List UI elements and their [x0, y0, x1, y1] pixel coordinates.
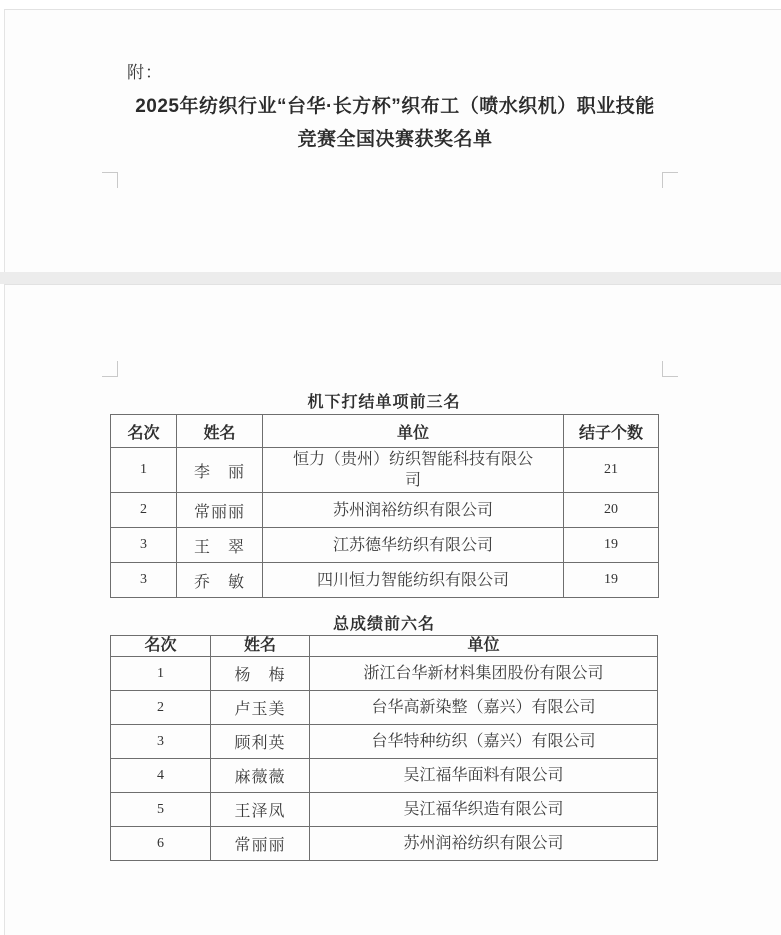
table-cell-rank: 4	[111, 759, 211, 793]
header-unit: 单位	[310, 636, 658, 657]
margin-corner-mark-top-right	[662, 361, 678, 377]
table-cell-rank: 2	[111, 493, 177, 528]
table-row: 5王泽凤吴江福华织造有限公司	[111, 793, 658, 827]
margin-corner-mark-bottom-right	[662, 172, 678, 188]
table-cell-name: 王 翠	[177, 528, 263, 563]
header-rank: 名次	[111, 415, 177, 448]
table-cell-name: 乔 敏	[177, 563, 263, 598]
table-cell-rank: 1	[111, 448, 177, 493]
table2-caption: 总成绩前六名	[110, 611, 658, 634]
header-name: 姓名	[211, 636, 310, 657]
margin-corner-mark-bottom-left	[102, 172, 118, 188]
table-header-row: 名次 姓名 单位	[111, 636, 658, 657]
table-row: 6常丽丽苏州润裕纺织有限公司	[111, 827, 658, 861]
table-cell-name: 常丽丽	[177, 493, 263, 528]
table-cell-rank: 3	[111, 563, 177, 598]
table-cell-rank: 5	[111, 793, 211, 827]
margin-corner-mark-top-left	[102, 361, 118, 377]
overall-top6-table: 名次 姓名 单位 1杨 梅浙江台华新材料集团股份有限公司2卢玉美台华高新染整（嘉…	[110, 635, 658, 861]
table-cell-unit: 吴江福华面料有限公司	[310, 759, 658, 793]
table-cell-unit: 四川恒力智能纺织有限公司	[263, 563, 564, 598]
table-cell-rank: 3	[111, 725, 211, 759]
document-title-line-2: 竞赛全国决赛获奖名单	[123, 123, 667, 156]
table-row: 1杨 梅浙江台华新材料集团股份有限公司	[111, 657, 658, 691]
table-row: 4麻薇薇吴江福华面料有限公司	[111, 759, 658, 793]
table-cell-unit: 台华特种纺织（嘉兴）有限公司	[310, 725, 658, 759]
table-cell-rank: 2	[111, 691, 211, 725]
table-cell-unit: 台华高新染整（嘉兴）有限公司	[310, 691, 658, 725]
table-cell-name: 麻薇薇	[211, 759, 310, 793]
table-cell-rank: 6	[111, 827, 211, 861]
document-title-line-1: 2025年纺织行业“台华·长方杯”织布工（喷水织机）职业技能	[123, 90, 667, 123]
table-row: 2常丽丽苏州润裕纺织有限公司20	[111, 493, 659, 528]
page-gap	[0, 272, 781, 284]
header-name: 姓名	[177, 415, 263, 448]
table-cell-unit: 浙江台华新材料集团股份有限公司	[310, 657, 658, 691]
table-cell-unit: 恒力（贵州）纺织智能科技有限公 司	[263, 448, 564, 493]
table-cell-count: 19	[564, 563, 659, 598]
table-row: 3王 翠江苏德华纺织有限公司19	[111, 528, 659, 563]
table-cell-name: 卢玉美	[211, 691, 310, 725]
table-header-row: 名次 姓名 单位 结子个数	[111, 415, 659, 448]
table-cell-count: 19	[564, 528, 659, 563]
knotting-top3-table: 名次 姓名 单位 结子个数 1李 丽恒力（贵州）纺织智能科技有限公 司212常丽…	[110, 414, 659, 598]
table-cell-unit: 江苏德华纺织有限公司	[263, 528, 564, 563]
table-row: 3顾利英台华特种纺织（嘉兴）有限公司	[111, 725, 658, 759]
table-cell-name: 顾利英	[211, 725, 310, 759]
table-cell-unit: 吴江福华织造有限公司	[310, 793, 658, 827]
document-page-1: 附： 2025年纺织行业“台华·长方杯”织布工（喷水织机）职业技能 竞赛全国决赛…	[4, 9, 781, 272]
table1-caption: 机下打结单项前三名	[110, 389, 658, 412]
header-count: 结子个数	[564, 415, 659, 448]
table-cell-count: 20	[564, 493, 659, 528]
table-cell-name: 王泽凤	[211, 793, 310, 827]
header-unit: 单位	[263, 415, 564, 448]
table-cell-name: 常丽丽	[211, 827, 310, 861]
table-cell-name: 杨 梅	[211, 657, 310, 691]
table-cell-count: 21	[564, 448, 659, 493]
table-row: 1李 丽恒力（贵州）纺织智能科技有限公 司21	[111, 448, 659, 493]
table-cell-rank: 1	[111, 657, 211, 691]
table-cell-rank: 3	[111, 528, 177, 563]
table-row: 3乔 敏四川恒力智能纺织有限公司19	[111, 563, 659, 598]
document-viewer: 附： 2025年纺织行业“台华·长方杯”织布工（喷水织机）职业技能 竞赛全国决赛…	[0, 0, 781, 935]
table-row: 2卢玉美台华高新染整（嘉兴）有限公司	[111, 691, 658, 725]
table-cell-unit: 苏州润裕纺织有限公司	[310, 827, 658, 861]
table-cell-unit: 苏州润裕纺织有限公司	[263, 493, 564, 528]
header-rank: 名次	[111, 636, 211, 657]
table-cell-name: 李 丽	[177, 448, 263, 493]
document-title: 2025年纺织行业“台华·长方杯”织布工（喷水织机）职业技能 竞赛全国决赛获奖名…	[123, 90, 667, 156]
attachment-label: 附：	[127, 58, 163, 83]
